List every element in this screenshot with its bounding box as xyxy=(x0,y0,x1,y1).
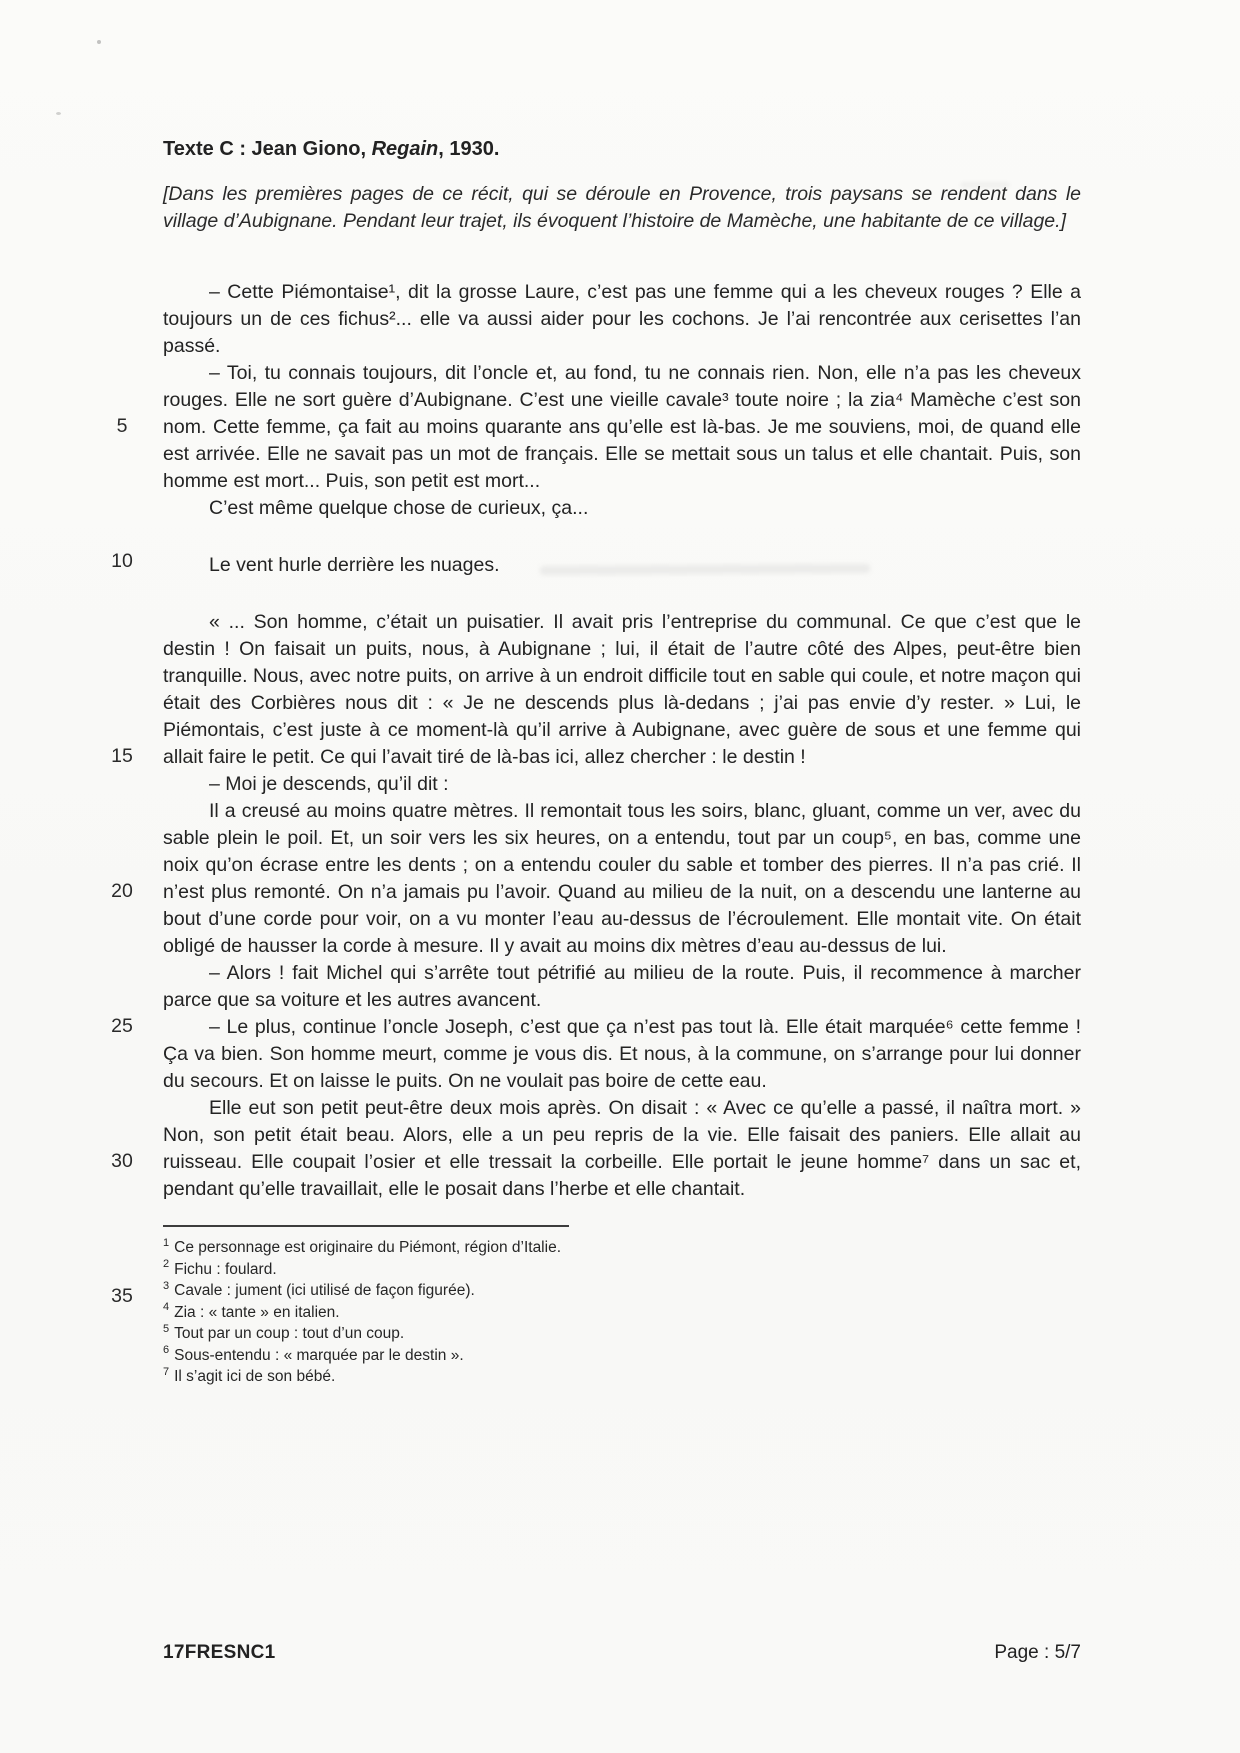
footer-page-number: Page : 5/7 xyxy=(994,1642,1081,1664)
footnote-text: Il s’agit ici de son bébé. xyxy=(174,1368,335,1385)
scan-artifact xyxy=(56,112,61,115)
footnote-separator xyxy=(163,1225,569,1227)
footnote: 7Il s’agit ici de son bébé. xyxy=(163,1366,1081,1388)
body-paragraph: – Moi je descends, qu’il dit : xyxy=(163,771,1081,798)
line-number: 25 xyxy=(100,1013,144,1040)
footnote-text: Zia : « tante » en italien. xyxy=(174,1304,339,1321)
title-work-name: Regain xyxy=(372,138,439,160)
page-title: Texte C : Jean Giono, Regain, 1930. xyxy=(163,138,1081,161)
body-paragraph: – Cette Piémontaise¹, dit la grosse Laur… xyxy=(163,279,1081,360)
body-paragraph: « ... Son homme, c’était un puisatier. I… xyxy=(163,609,1081,771)
footnote-text: Tout par un coup : tout d’un coup. xyxy=(174,1325,404,1342)
body-paragraph: C’est même quelque chose de curieux, ça.… xyxy=(163,495,1081,522)
body-paragraph: – Toi, tu connais toujours, dit l’oncle … xyxy=(163,360,1081,495)
line-number: 15 xyxy=(100,743,144,770)
body-paragraph: – Alors ! fait Michel qui s’arrête tout … xyxy=(163,960,1081,1014)
line-number: 20 xyxy=(100,878,144,905)
document-body: Texte C : Jean Giono, Regain, 1930. [Dan… xyxy=(163,138,1081,1388)
title-prefix: Texte C : Jean Giono, xyxy=(163,138,372,160)
footnote-text: Ce personnage est originaire du Piémont,… xyxy=(174,1239,561,1256)
body-paragraph-standalone: Le vent hurle derrière les nuages. xyxy=(163,552,1081,579)
line-number: 5 xyxy=(100,413,144,440)
body-paragraph: Elle eut son petit peut-être deux mois a… xyxy=(163,1095,1081,1203)
line-number: 10 xyxy=(100,548,144,575)
footnote-text: Sous-entendu : « marquée par le destin »… xyxy=(174,1347,464,1364)
footnote-text: Cavale : jument (ici utilisé de façon fi… xyxy=(174,1282,475,1299)
scan-artifact xyxy=(97,40,101,44)
footnote: 2Fichu : foulard. xyxy=(163,1259,1081,1281)
line-number: 35 xyxy=(100,1283,144,1310)
page-footer: 17FRESNC1 Page : 5/7 xyxy=(163,1642,1081,1664)
line-number: 30 xyxy=(100,1148,144,1175)
footnote: 4Zia : « tante » en italien. xyxy=(163,1302,1081,1324)
footer-doc-code: 17FRESNC1 xyxy=(163,1642,276,1664)
footnote: 5Tout par un coup : tout d’un coup. xyxy=(163,1323,1081,1345)
title-suffix: , 1930. xyxy=(438,138,499,160)
body-paragraph: – Le plus, continue l’oncle Joseph, c’es… xyxy=(163,1014,1081,1095)
intro-note: [Dans les premières pages de ce récit, q… xyxy=(163,181,1081,235)
body-paragraph: Il a creusé au moins quatre mètres. Il r… xyxy=(163,798,1081,960)
footnote: 1Ce personnage est originaire du Piémont… xyxy=(163,1237,1081,1259)
scanned-exam-page: { "title": { "prefix": "Texte C : Jean G… xyxy=(0,0,1240,1753)
footnote: 3Cavale : jument (ici utilisé de façon f… xyxy=(163,1280,1081,1302)
footnote: 6Sous-entendu : « marquée par le destin … xyxy=(163,1345,1081,1367)
footnote-text: Fichu : foulard. xyxy=(174,1261,277,1278)
footnotes-block: 1Ce personnage est originaire du Piémont… xyxy=(163,1237,1081,1388)
